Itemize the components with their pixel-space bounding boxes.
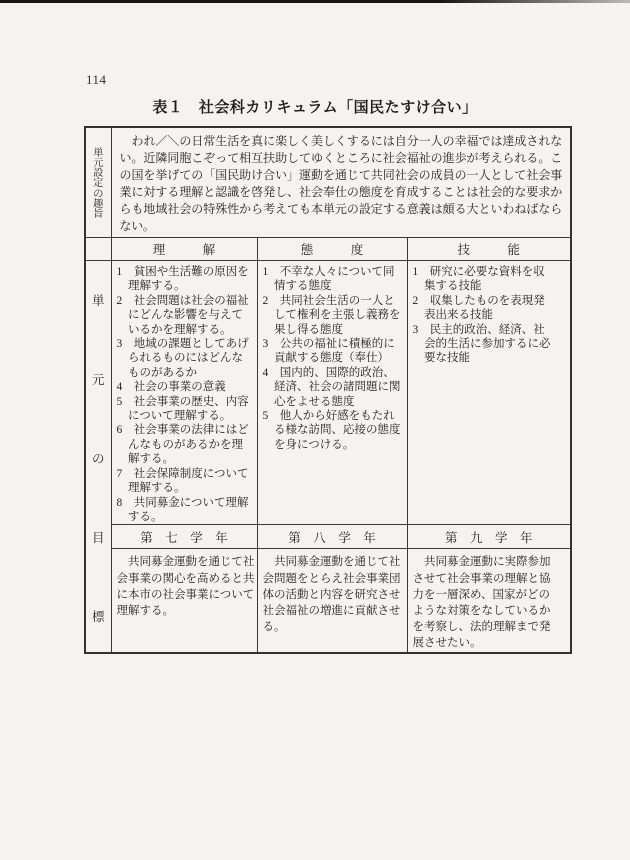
table-title: 表１ 社会科カリキュラム「国民たすけ合い」 <box>0 96 630 117</box>
attitude-item: 2 共同社会生活の一人として権利を主張し義務を果し得る態度 <box>263 294 403 337</box>
column-header-attitude: 態 度 <box>257 238 407 261</box>
attitude-item: 4 国内的、国際的政治、経済、社会の諸問題に関心をよせる態度 <box>263 366 403 409</box>
unit-purpose-text: われ／＼の日常生活を真に楽しく美しくするには自分一人の幸福では達成されない。近隣… <box>120 133 563 235</box>
understanding-item: 1 貧困や生活難の原因を理解する。 <box>117 265 253 294</box>
grade-header-seventh: 第 七 学 年 <box>111 525 257 549</box>
understanding-item: 2 社会問題は社会の福祉にどんな影響を与えているかを理解する。 <box>117 294 253 337</box>
curriculum-table: 単元設定の趣旨 われ／＼の日常生活を真に楽しく美しくするには自分一人の幸福では達… <box>84 126 572 654</box>
understanding-item: 8 共同募金について理解する。 <box>117 496 253 525</box>
row-label-unit-purpose: 単元設定の趣旨 <box>86 146 111 220</box>
attitude-objectives-cell: 1 不幸な人々について同情する態度 2 共同社会生活の一人として権利を主張し義務… <box>257 261 407 525</box>
grade-header-eighth: 第 八 学 年 <box>257 525 407 549</box>
scan-edge-artifact <box>0 0 630 3</box>
understanding-item: 7 社会保障制度について理解する。 <box>117 467 253 496</box>
column-header-understanding: 理 解 <box>111 238 257 261</box>
understanding-item: 5 社会事業の歴史、内容について理解する。 <box>117 395 253 424</box>
unit-purpose-cell: われ／＼の日常生活を真に楽しく美しくするには自分一人の幸福では達成されない。近隣… <box>111 127 571 238</box>
empty-corner-cell <box>85 238 111 261</box>
grade-goal-eighth-cell: 共同募金運動を通じて社会問題をとらえ社会事業団体の活動と内容を研究させ社会福祉の… <box>257 549 407 653</box>
attitude-item: 1 不幸な人々について同情する態度 <box>263 265 403 294</box>
page-number: 114 <box>86 72 107 88</box>
attitude-item: 3 公共の福祉に積極的に貢献する態度（奉仕） <box>263 337 403 366</box>
scanned-document-page: 114 表１ 社会科カリキュラム「国民たすけ合い」 単元設定の趣旨 われ／＼の日… <box>0 0 630 860</box>
row-label-unit-goal-cell: 単元の目標 <box>85 261 111 653</box>
grade-header-ninth: 第 九 学 年 <box>407 525 571 549</box>
skills-item: 1 研究に必要な資料を収集する技能 <box>413 265 553 294</box>
grade-goal-ninth-cell: 共同募金運動に実際参加させて社会事業の理解と協力を一層深め、国家がどのような対策… <box>407 549 571 653</box>
row-label-unit-goal: 単元の目標 <box>86 265 111 647</box>
skills-item: 3 民主的政治、経済、社会的生活に参加するに必要な技能 <box>413 323 553 366</box>
column-header-skills: 技 能 <box>407 238 571 261</box>
understanding-item: 6 社会事業の法律にはどんなものがあるかを理解する。 <box>117 423 253 466</box>
understanding-objectives-cell: 1 貧困や生活難の原因を理解する。 2 社会問題は社会の福祉にどんな影響を与えて… <box>111 261 257 525</box>
skills-objectives-cell: 1 研究に必要な資料を収集する技能 2 収集したものを表現発表出来る技能 3 民… <box>407 261 571 525</box>
skills-item: 2 収集したものを表現発表出来る技能 <box>413 294 553 323</box>
understanding-item: 4 社会の事業の意義 <box>117 380 253 394</box>
attitude-item: 5 他人から好感をもたれる様な訪問、応接の態度を身につける。 <box>263 409 403 452</box>
row-label-unit-purpose-cell: 単元設定の趣旨 <box>85 127 111 238</box>
grade-goal-seventh: 共同募金運動を通じて社会事業の関心を高めると共に本市の社会事業について理解する。 <box>117 554 257 619</box>
grade-goal-seventh-cell: 共同募金運動を通じて社会事業の関心を高めると共に本市の社会事業について理解する。 <box>111 549 257 653</box>
grade-goal-eighth: 共同募金運動を通じて社会問題をとらえ社会事業団体の活動と内容を研究させ社会福祉の… <box>263 554 403 635</box>
understanding-item: 3 地域の課題としてあげられるものにはどんなものがあるか <box>117 337 253 380</box>
grade-goal-ninth: 共同募金運動に実際参加させて社会事業の理解と協力を一層深め、国家がどのような対策… <box>413 554 553 651</box>
